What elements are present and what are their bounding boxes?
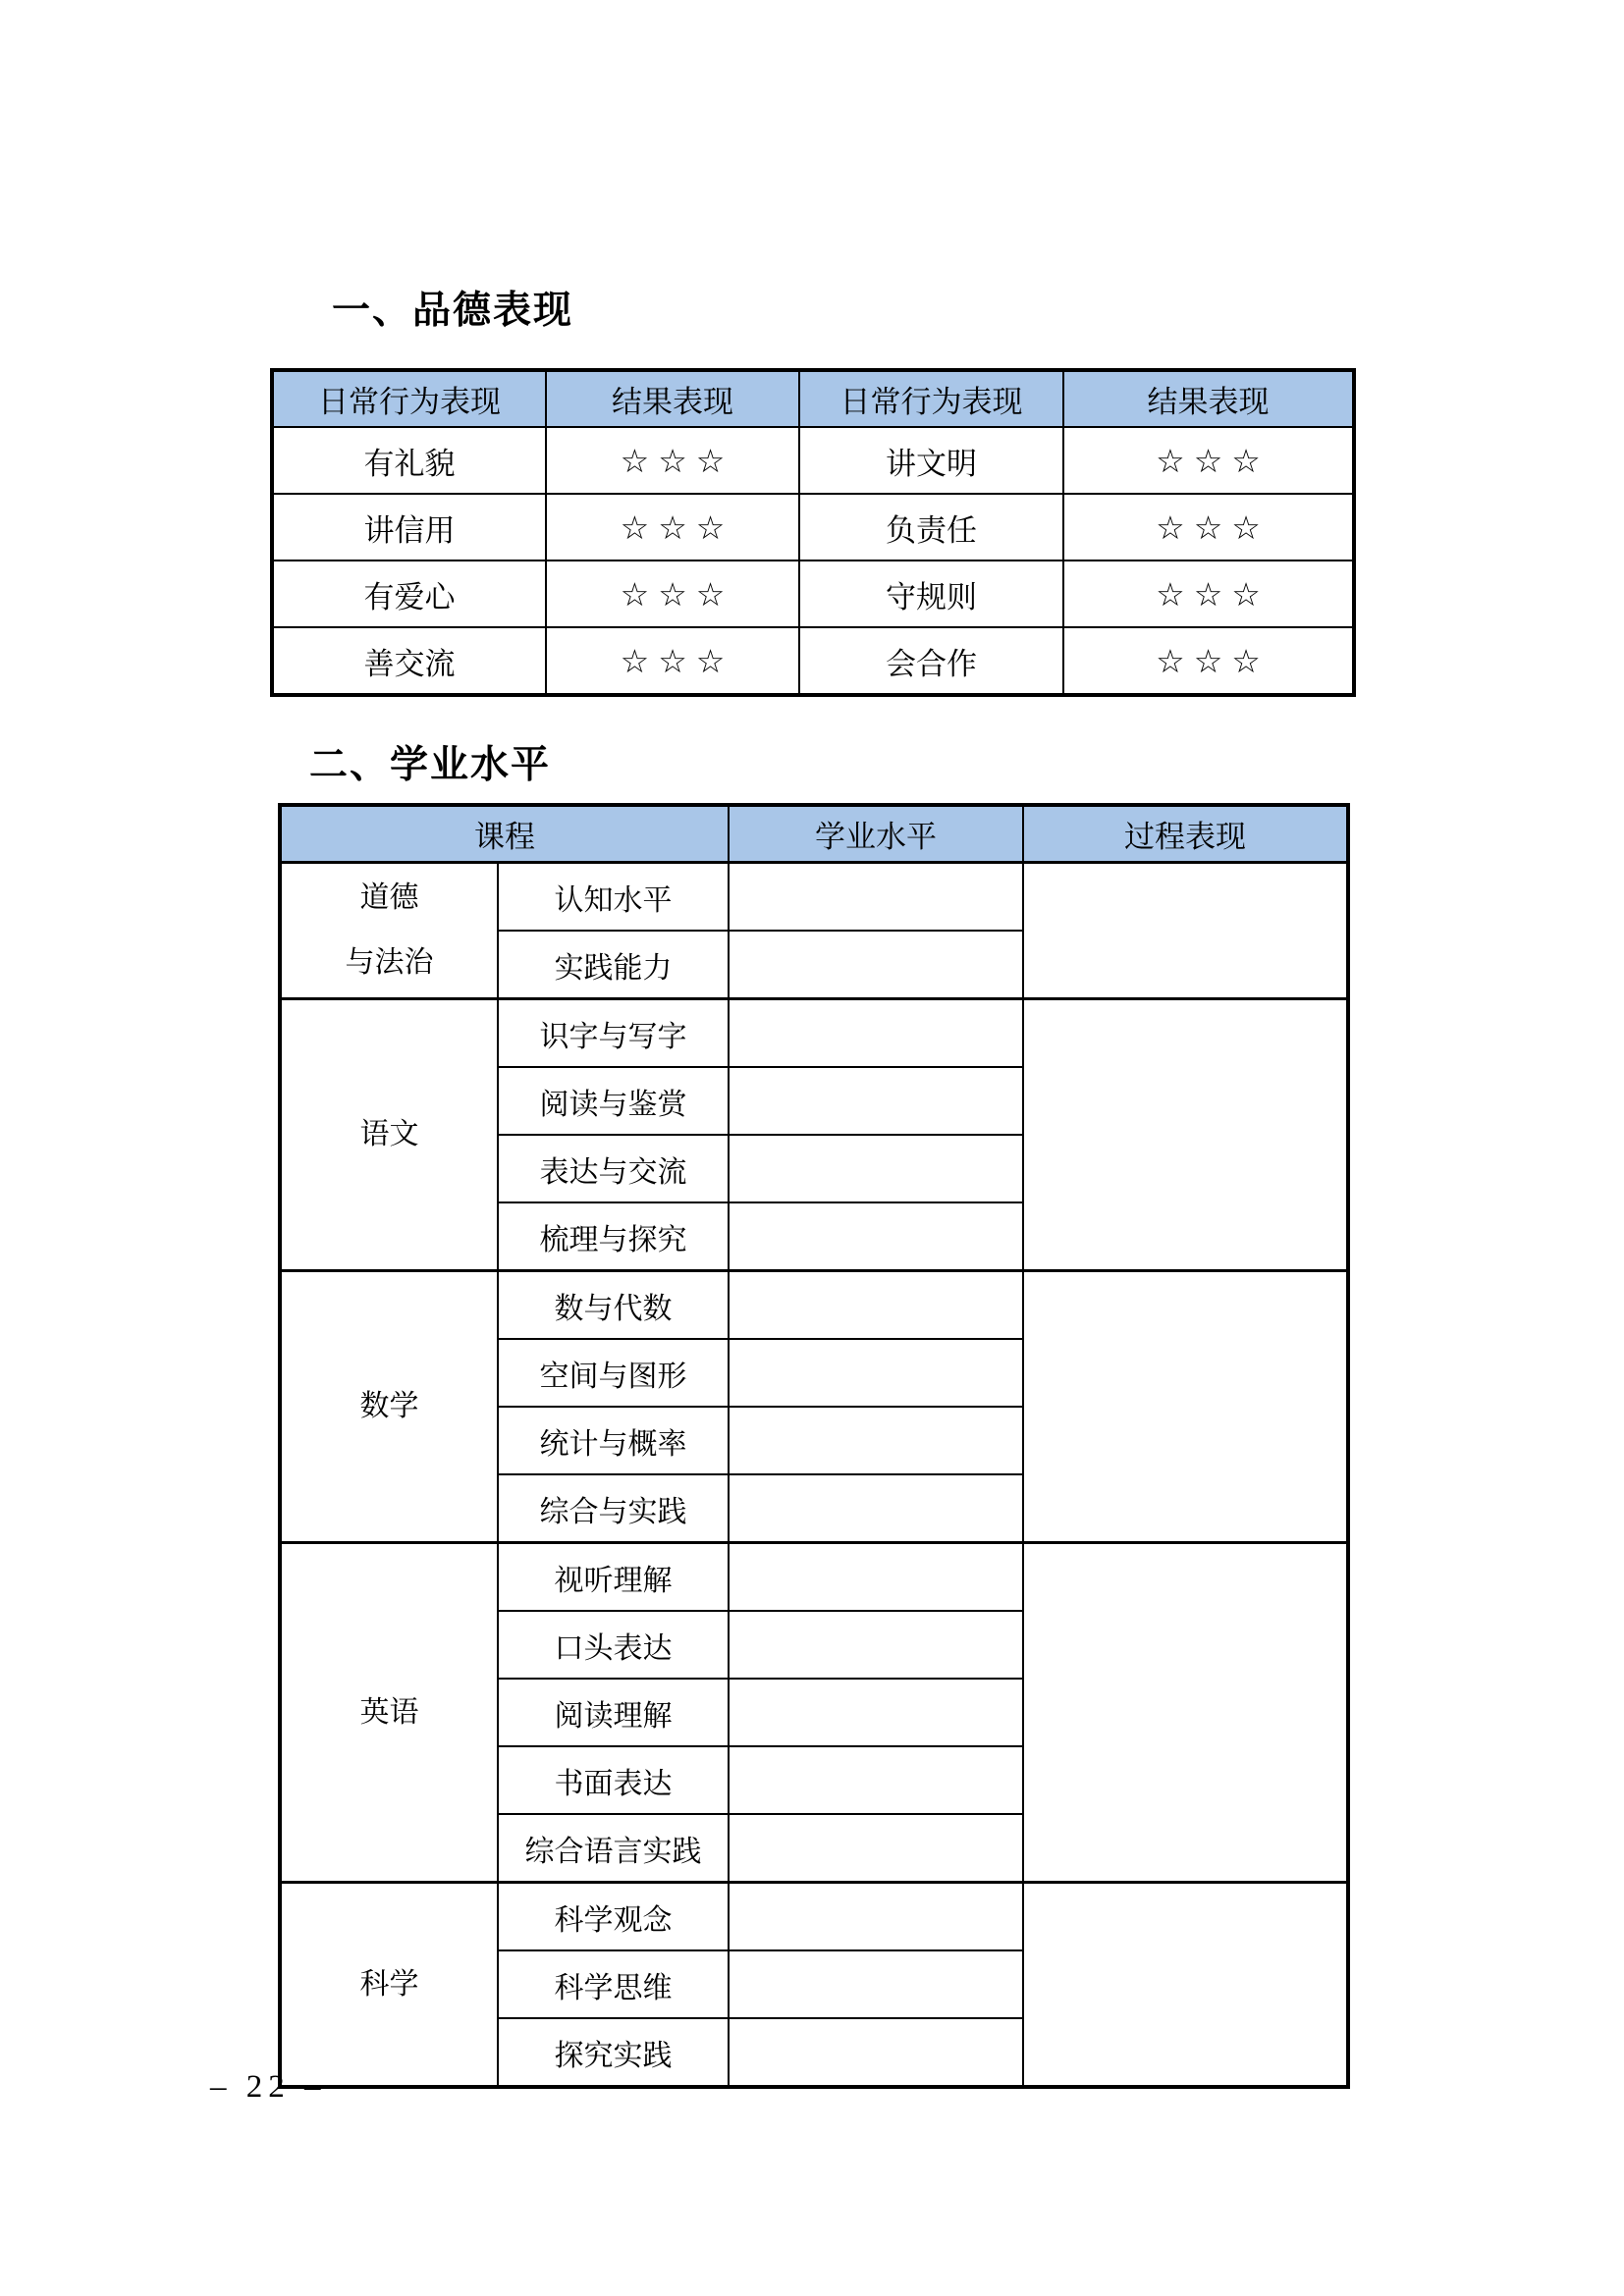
academic-level-column-header: 学业水平 — [729, 805, 1023, 863]
subarea-cell: 统计与概率 — [498, 1407, 729, 1474]
behavior-label: 有爱心 — [272, 561, 546, 627]
subject-cell: 英语 — [280, 1543, 498, 1883]
academic-level-cell — [729, 931, 1023, 999]
behavior-column-header: 日常行为表现 — [272, 370, 546, 427]
subarea-cell: 识字与写字 — [498, 999, 729, 1068]
subarea-cell: 书面表达 — [498, 1746, 729, 1814]
academic-level-cell — [729, 1950, 1023, 2018]
table-row: 道德 与法治 认知水平 — [280, 863, 1348, 932]
morality-header-row: 日常行为表现 结果表现 日常行为表现 结果表现 — [272, 370, 1354, 427]
academic-level-cell — [729, 1271, 1023, 1340]
subarea-cell: 阅读理解 — [498, 1679, 729, 1746]
behavior-label: 善交流 — [272, 627, 546, 695]
academic-level-cell — [729, 1339, 1023, 1407]
behavior-column-header: 日常行为表现 — [799, 370, 1063, 427]
academic-header-row: 课程 学业水平 过程表现 — [280, 805, 1348, 863]
behavior-label: 守规则 — [799, 561, 1063, 627]
document-page: 一、品德表现 日常行为表现 结果表现 日常行为表现 结果表现 有礼貌 ☆☆☆ 讲… — [0, 0, 1624, 2296]
subarea-cell: 科学思维 — [498, 1950, 729, 2018]
subarea-cell: 认知水平 — [498, 863, 729, 932]
star-rating: ☆☆☆ — [1063, 427, 1354, 494]
academic-level-cell — [729, 863, 1023, 932]
courses-column-header: 课程 — [280, 805, 729, 863]
table-row: 科学 科学观念 — [280, 1883, 1348, 1951]
process-cell — [1023, 863, 1348, 999]
result-column-header: 结果表现 — [546, 370, 799, 427]
page-number: – 22 – — [210, 2069, 327, 2106]
subarea-cell: 口头表达 — [498, 1611, 729, 1679]
academic-level-cell — [729, 1474, 1023, 1543]
academic-level-cell — [729, 1135, 1023, 1202]
behavior-label: 会合作 — [799, 627, 1063, 695]
subarea-cell: 梳理与探究 — [498, 1202, 729, 1271]
star-rating: ☆☆☆ — [1063, 494, 1354, 561]
table-row: 有爱心 ☆☆☆ 守规则 ☆☆☆ — [272, 561, 1354, 627]
subarea-cell: 实践能力 — [498, 931, 729, 999]
morality-table: 日常行为表现 结果表现 日常行为表现 结果表现 有礼貌 ☆☆☆ 讲文明 ☆☆☆ … — [270, 368, 1356, 697]
academic-level-cell — [729, 1067, 1023, 1135]
behavior-label: 讲文明 — [799, 427, 1063, 494]
academic-level-cell — [729, 1611, 1023, 1679]
section1-title: 一、品德表现 — [332, 280, 573, 335]
process-cell — [1023, 999, 1348, 1271]
result-column-header: 结果表现 — [1063, 370, 1354, 427]
star-rating: ☆☆☆ — [546, 494, 799, 561]
academic-table: 课程 学业水平 过程表现 道德 与法治 认知水平 实践能力 语文 识字与写字 — [278, 803, 1350, 2089]
process-cell — [1023, 1883, 1348, 2088]
academic-level-cell — [729, 1814, 1023, 1883]
academic-level-cell — [729, 1746, 1023, 1814]
table-row: 语文 识字与写字 — [280, 999, 1348, 1068]
star-rating: ☆☆☆ — [546, 427, 799, 494]
process-column-header: 过程表现 — [1023, 805, 1348, 863]
subarea-cell: 数与代数 — [498, 1271, 729, 1340]
table-row: 讲信用 ☆☆☆ 负责任 ☆☆☆ — [272, 494, 1354, 561]
table-row: 有礼貌 ☆☆☆ 讲文明 ☆☆☆ — [272, 427, 1354, 494]
process-cell — [1023, 1543, 1348, 1883]
subarea-cell: 科学观念 — [498, 1883, 729, 1951]
star-rating: ☆☆☆ — [1063, 561, 1354, 627]
subarea-cell: 表达与交流 — [498, 1135, 729, 1202]
academic-level-cell — [729, 1407, 1023, 1474]
table-row: 数学 数与代数 — [280, 1271, 1348, 1340]
subarea-cell: 空间与图形 — [498, 1339, 729, 1407]
subarea-cell: 阅读与鉴赏 — [498, 1067, 729, 1135]
academic-level-cell — [729, 2018, 1023, 2087]
subject-cell: 科学 — [280, 1883, 498, 2088]
academic-level-cell — [729, 1202, 1023, 1271]
subarea-cell: 探究实践 — [498, 2018, 729, 2087]
academic-level-cell — [729, 1883, 1023, 1951]
subarea-cell: 综合语言实践 — [498, 1814, 729, 1883]
process-cell — [1023, 1271, 1348, 1543]
subject-cell: 数学 — [280, 1271, 498, 1543]
behavior-label: 负责任 — [799, 494, 1063, 561]
table-row: 英语 视听理解 — [280, 1543, 1348, 1612]
behavior-label: 讲信用 — [272, 494, 546, 561]
section2-title: 二、学业水平 — [309, 734, 551, 789]
academic-level-cell — [729, 999, 1023, 1068]
star-rating: ☆☆☆ — [546, 561, 799, 627]
academic-level-cell — [729, 1679, 1023, 1746]
behavior-label: 有礼貌 — [272, 427, 546, 494]
subject-cell: 语文 — [280, 999, 498, 1271]
subarea-cell: 视听理解 — [498, 1543, 729, 1612]
academic-level-cell — [729, 1543, 1023, 1612]
star-rating: ☆☆☆ — [546, 627, 799, 695]
subarea-cell: 综合与实践 — [498, 1474, 729, 1543]
subject-cell: 道德 与法治 — [280, 863, 498, 999]
star-rating: ☆☆☆ — [1063, 627, 1354, 695]
table-row: 善交流 ☆☆☆ 会合作 ☆☆☆ — [272, 627, 1354, 695]
